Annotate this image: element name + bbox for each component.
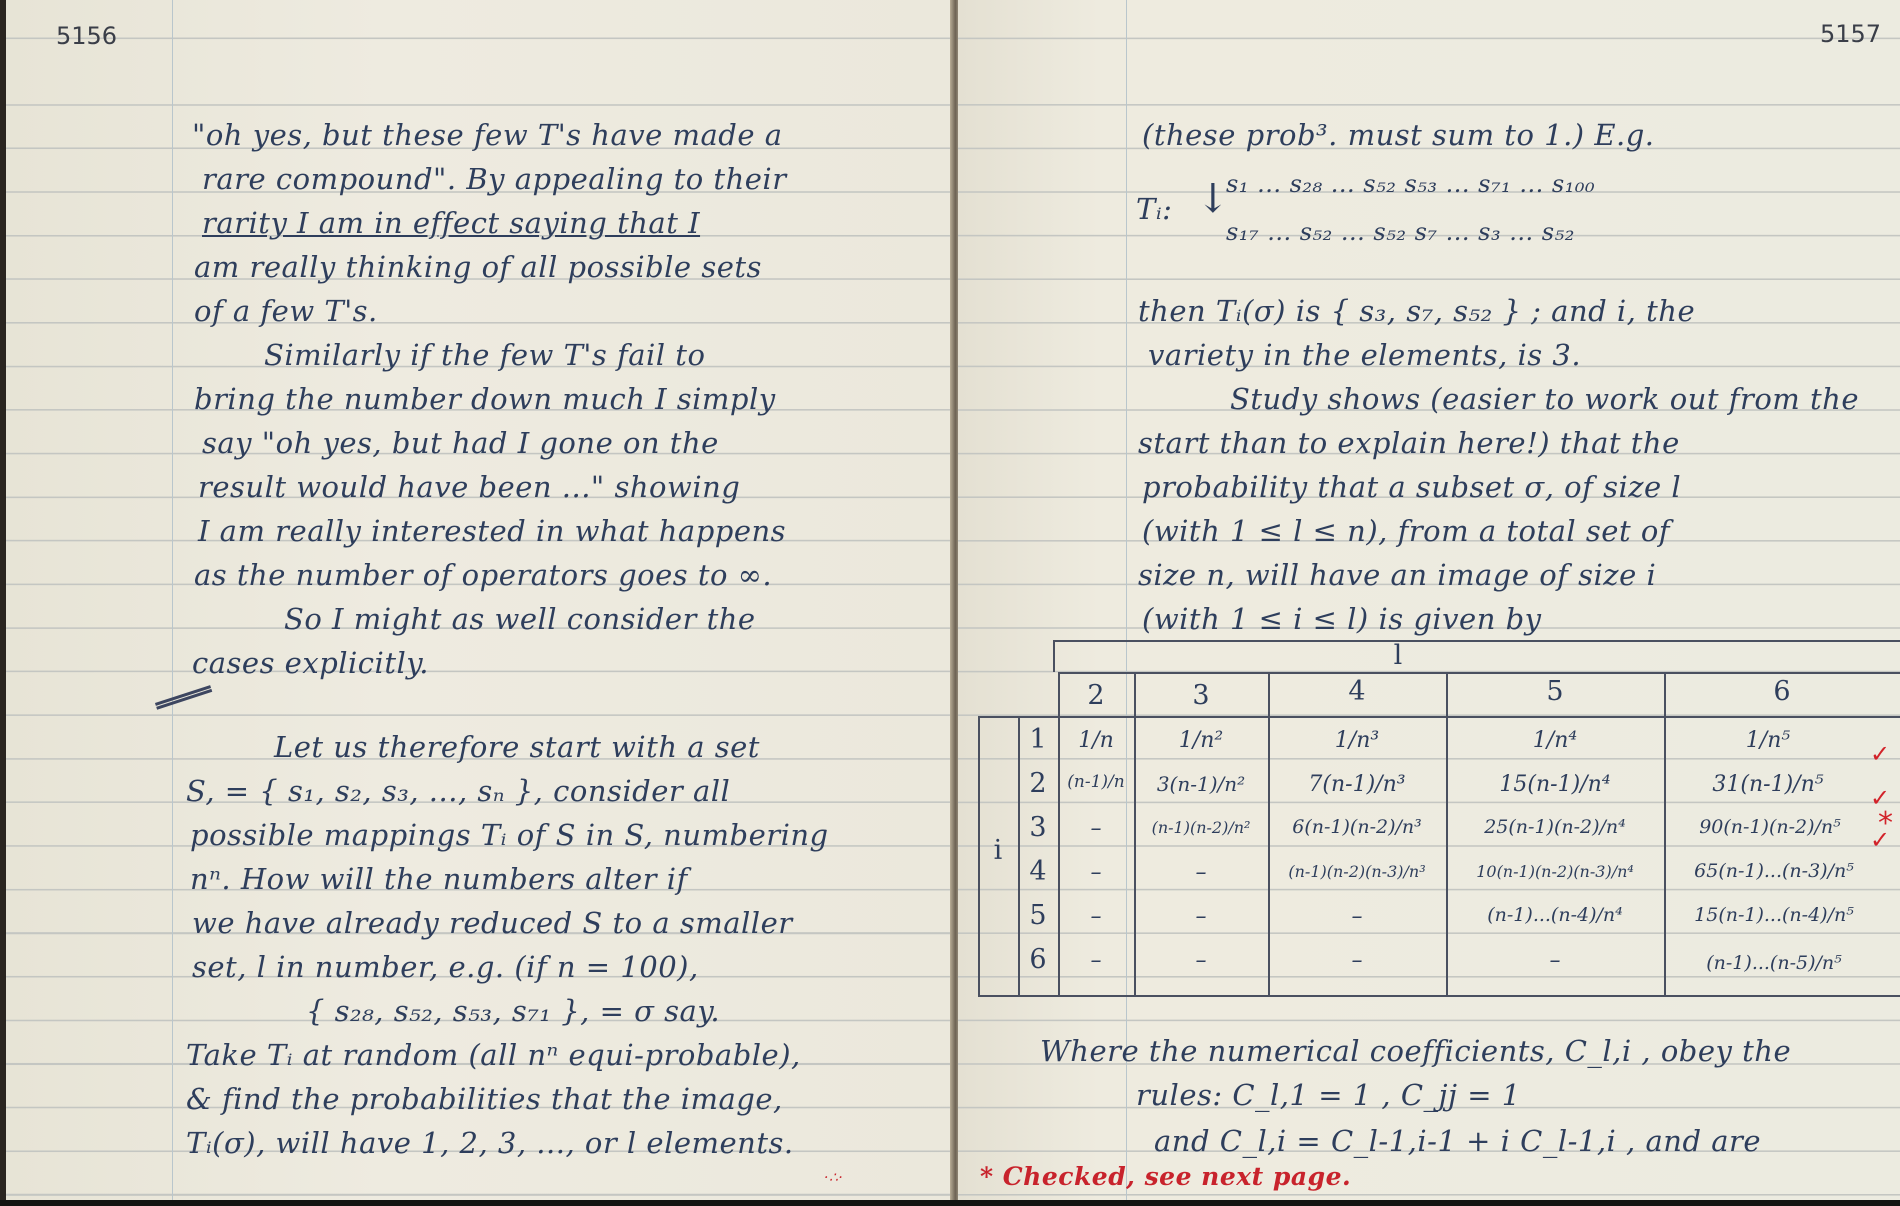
text-line: rare compound". By appealing to their [202, 162, 787, 196]
text-line: Let us therefore start with a set [274, 730, 760, 764]
text-line: Similarly if the few T's fail to [264, 338, 705, 372]
table-cell: – [1196, 948, 1207, 973]
table-cell: – [1352, 904, 1363, 929]
column-header: 6 [1773, 676, 1790, 707]
row-header: 1 [1029, 724, 1046, 755]
row-header: 2 [1029, 768, 1046, 799]
table-cell: 15(n-1)/n⁴ [1499, 772, 1610, 797]
text-line: as the number of operators goes to ∞. [194, 558, 772, 592]
text-line: & find the probabilities that the image, [186, 1082, 783, 1116]
column-header: 5 [1546, 676, 1563, 707]
text-line: size n, will have an image of size i [1138, 558, 1656, 592]
row-header: 3 [1029, 812, 1046, 843]
table-cell: 1/n [1078, 728, 1114, 753]
text-line: S, = { s₁, s₂, s₃, ..., sₙ }, consider a… [186, 774, 730, 808]
table-cell: 10(n-1)(n-2)(n-3)/n⁴ [1476, 862, 1634, 881]
text-line: (these prob³. must sum to 1.) E.g. [1142, 118, 1655, 152]
table-cell: (n-1)(n-2)/n² [1152, 818, 1251, 837]
text-line: Take Tᵢ at random (all nⁿ equi-probable)… [186, 1038, 801, 1072]
table-cell: – [1091, 904, 1102, 929]
red-ink-mark: ·∴· [824, 1170, 843, 1186]
margin-line [172, 0, 173, 1200]
table-cell: (n-1)...(n-4)/n⁴ [1487, 904, 1623, 926]
table-cell: 7(n-1)/n³ [1308, 772, 1405, 797]
text-line: bring the number down much I simply [194, 382, 776, 416]
text-line: of a few T's. [194, 294, 378, 328]
table-cell: (n-1)...(n-5)/n⁵ [1706, 952, 1842, 974]
table-cell: – [1091, 860, 1102, 885]
table-cell: – [1091, 816, 1102, 841]
text-line: rarity I am in effect saying that I [202, 206, 700, 240]
table-cell: – [1091, 948, 1102, 973]
text-line: (with 1 ≤ l ≤ n), from a total set of [1142, 514, 1670, 548]
text-line: I am really interested in what happens [198, 514, 786, 548]
table-cell: 1/n³ [1335, 728, 1379, 753]
mapping-label: Tᵢ: [1136, 192, 1172, 226]
table-cell: (n-1)/n [1067, 772, 1124, 792]
table-cell: 1/n⁴ [1533, 728, 1577, 753]
table-cell: – [1196, 860, 1207, 885]
text-line: (with 1 ≤ i ≤ l) is given by [1142, 602, 1542, 636]
table-cell: 65(n-1)...(n-3)/n⁵ [1694, 860, 1854, 882]
column-header: 2 [1087, 680, 1104, 711]
text-line: set, l in number, e.g. (if n = 100), [192, 950, 699, 984]
text-line: So I might as well consider the [284, 602, 756, 636]
text-line: Study shows (easier to work out from the [1230, 382, 1859, 416]
table-cell: 15(n-1)...(n-4)/n⁵ [1694, 904, 1854, 926]
text-line: Tᵢ(σ), will have 1, 2, 3, ..., or l elem… [186, 1126, 794, 1160]
down-arrow-icon: ↓ [1196, 176, 1230, 222]
text-line: cases explicitly. [192, 646, 429, 680]
column-header: 3 [1192, 680, 1209, 711]
text-line: we have already reduced S to a smaller [192, 906, 793, 940]
table-cell: 3(n-1)/n² [1157, 772, 1245, 796]
mapping-image: s₁₇ ... s₅₂ ... s₅₂ s₇ ... s₃ ... s₅₂ [1226, 218, 1575, 246]
text-line: variety in the elements, is 3. [1148, 338, 1581, 372]
table-cell: 1/n² [1179, 728, 1223, 753]
row-header: 4 [1029, 856, 1046, 887]
table-cell: 25(n-1)(n-2)/n⁴ [1484, 816, 1626, 838]
table-cell: 90(n-1)(n-2)/n⁵ [1699, 816, 1841, 838]
row-header: 5 [1029, 900, 1046, 931]
text-line: then Tᵢ(σ) is { s₃, s₇, s₅₂ } ; and i, t… [1138, 294, 1695, 328]
table-cell: – [1196, 904, 1207, 929]
text-line: say "oh yes, but had I gone on the [202, 426, 719, 460]
table-cell: 6(n-1)(n-2)/n³ [1292, 816, 1421, 838]
text-line: { s₂₈, s₅₂, s₅₃, s₇₁ }, = σ say. [306, 994, 720, 1028]
text-line: am really thinking of all possible sets [194, 250, 762, 284]
page-number: 5156 [56, 22, 117, 50]
red-check-icon: ✓ [1870, 740, 1890, 768]
text-line: nⁿ. How will the numbers alter if [190, 862, 688, 896]
right-page: 5157 (these prob³. must sum to 1.) E.g. … [958, 0, 1900, 1200]
row-header: 6 [1029, 944, 1046, 975]
red-check-icon: ✓ [1870, 826, 1890, 854]
left-page: 5156 "oh yes, but these few T's have mad… [0, 0, 955, 1200]
table-cell: – [1352, 948, 1363, 973]
text-line: and C_l,i = C_l-1,i-1 + i C_l-1,i , and … [1154, 1124, 1761, 1158]
text-line: start than to explain here!) that the [1138, 426, 1680, 460]
text-line: "oh yes, but these few T's have made a [192, 118, 783, 152]
column-axis-label: l [1394, 640, 1403, 671]
table-cell: (n-1)(n-2)(n-3)/n³ [1288, 862, 1425, 881]
text-line: result would have been ..." showing [198, 470, 740, 504]
page-number: 5157 [1820, 20, 1881, 48]
row-axis-label: i [994, 835, 1003, 866]
text-line: possible mappings Tᵢ of S in S, numberin… [190, 818, 829, 852]
mapping-domain: s₁ ... s₂₈ ... s₅₂ s₅₃ ... s₇₁ ... s₁₀₀ [1226, 170, 1595, 198]
table-cell: 31(n-1)/n⁵ [1712, 772, 1823, 797]
text-line: probability that a subset σ, of size l [1142, 470, 1681, 504]
table-cell: – [1550, 948, 1561, 973]
text-line: Where the numerical coefficients, C_l,i … [1040, 1034, 1791, 1068]
table-cell: 1/n⁵ [1746, 728, 1790, 753]
text-line: rules: C_l,1 = 1 , C_jj = 1 [1136, 1078, 1521, 1112]
column-header: 4 [1348, 676, 1365, 707]
margin-line [1126, 0, 1127, 1200]
red-footnote: * Checked, see next page. [980, 1162, 1351, 1191]
